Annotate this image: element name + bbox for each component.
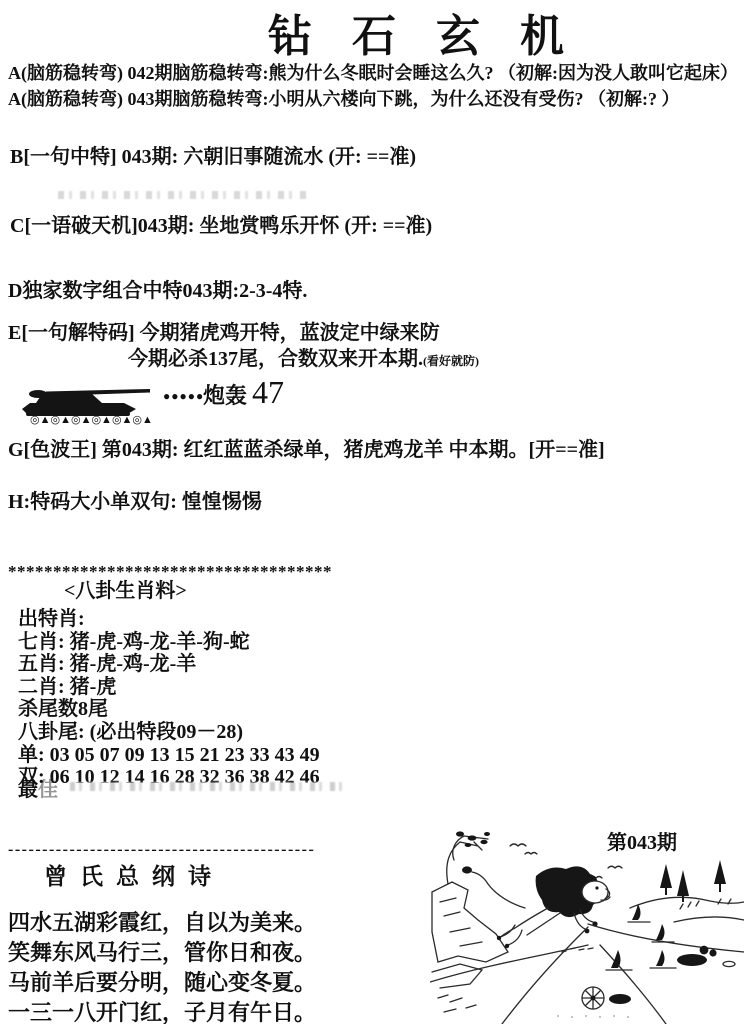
trees-right [660, 860, 726, 902]
bottom-dots [557, 1015, 629, 1018]
section-c-line: C[一语破天机]043期: 坐地赏鸭乐开怀 (开: ==准) [10, 215, 432, 238]
brainteaser-043-line: A(脑筋稳转弯) 043期脑筋稳转弯:小明从六楼向下跳，为什么还没有受伤? （初… [8, 89, 679, 110]
lion-tail-tuft [462, 866, 472, 873]
poem-line-3: 马前羊后要分明，随心变冬夏。 [8, 966, 316, 996]
bagua-line-even-numbers: 双: 06 10 12 14 16 28 32 36 38 42 46 [18, 760, 320, 783]
star-divider: ************************************ [8, 562, 332, 582]
poem-block: 四水五湖彩霞红，自以为美来。 笑舞东风马行三，管你日和夜。 马前羊后要分明，随心… [8, 906, 316, 1024]
poem-line-2: 笑舞东风马行三，管你日和夜。 [8, 936, 316, 966]
section-b-line: B[一句中特] 043期: 六朝旧事随流水 (开: ==准) [10, 146, 416, 169]
truncated-line: 最佳 [18, 779, 58, 802]
illustration-issue-label: 第043期 [607, 832, 677, 855]
tank-track-pattern: ◎▲◎▲◎▲◎▲◎▲◎▲ [30, 414, 153, 427]
cannon-label: 炮轰 [203, 383, 247, 408]
section-e-line-2-text: 今期必杀137尾，合数双来开本期. [128, 348, 423, 370]
bagua-line-odd-numbers: 单: 03 05 07 09 13 15 21 23 33 43 49 [18, 738, 320, 761]
bagua-line-baguawei: 八卦尾: (必出特段09－28) [18, 715, 320, 738]
faded-ghost-text [58, 191, 308, 199]
tank-turret [36, 394, 102, 403]
lion-illustration [430, 812, 744, 1024]
cannon-dots: ●●●●● [163, 390, 204, 404]
faded-text-remnant [70, 782, 350, 791]
section-e-line-1: E[一句解特码] 今期猪虎鸡开特，蓝波定中绿来防 [8, 322, 440, 345]
bagua-line-qixiao: 七肖: 猪-虎-鸡-龙-羊-狗-蛇 [18, 625, 320, 648]
tank-icon [22, 379, 167, 419]
poem-line-4: 一三一八开门红，子月有午日。 [8, 996, 316, 1024]
dashed-divider: ----------------------------------------… [8, 841, 315, 859]
truncated-line-visible: 最 [18, 779, 38, 801]
bagua-line-chutexiao: 出特肖: [18, 602, 320, 625]
cliff-rocks [432, 882, 508, 1012]
poem-line-1: 四水五湖彩霞红，自以为美来。 [8, 906, 316, 936]
truncated-line-partial: 佳 [38, 779, 58, 801]
section-e-line-2: 今期必杀137尾，合数双来开本期.(看好就防) [128, 348, 479, 371]
bagua-list: 出特肖: 七肖: 猪-虎-鸡-龙-羊-狗-蛇 五肖: 猪-虎-鸡-龙-羊 二肖:… [18, 602, 320, 783]
lion [462, 866, 610, 948]
poem-title: 曾氏总纲诗 [44, 864, 224, 890]
tree-left [447, 831, 490, 884]
bagua-section-header: <八卦生肖料> [64, 580, 187, 603]
pond-rocks [677, 946, 735, 967]
section-d-line: D独家数字组合中特043期:2-3-4特. [8, 280, 307, 303]
tip-sheet-page: 钻石玄机 A(脑筋稳转弯) 042期脑筋稳转弯:熊为什么冬眠时会睡这么久? （初… [0, 0, 744, 1024]
section-h-line: H:特码大小单双句: 惶惶惕惕 [8, 491, 262, 514]
section-e-note: (看好就防) [423, 354, 479, 368]
page-title: 钻石玄机 [268, 12, 604, 63]
brainteaser-042-line: A(脑筋稳转弯) 042期脑筋稳转弯:熊为什么冬眠时会睡这么久? （初解:因为没… [8, 63, 738, 84]
bagua-line-shaweishu: 杀尾数8尾 [18, 692, 320, 715]
cannon-number: 47 [252, 374, 284, 411]
cart-wheel [582, 987, 631, 1009]
bagua-line-wuxiao: 五肖: 猪-虎-鸡-龙-羊 [18, 647, 320, 670]
section-g-line: G[色波王] 第043期: 红红蓝蓝杀绿单，猪虎鸡龙羊 中本期。[开==准] [8, 439, 605, 462]
